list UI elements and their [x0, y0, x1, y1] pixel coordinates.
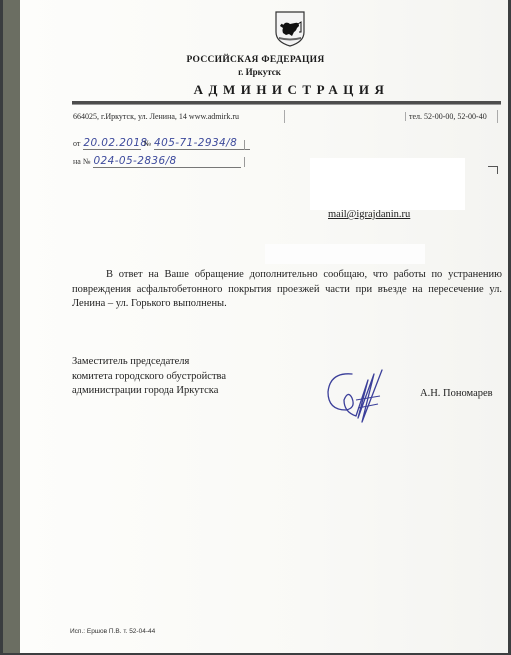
- position-line: администрации города Иркутска: [72, 384, 226, 399]
- organization-phone: тел. 52-00-00, 52-00-40: [405, 112, 487, 121]
- address-divider: [284, 110, 285, 123]
- recipient-email: mail@igrajdanin.ru: [328, 209, 410, 220]
- organization-address: 664025, г.Иркутск, ул. Ленина, 14 www.ad…: [73, 112, 239, 121]
- letter-number: 405-71-2934/8: [154, 137, 250, 150]
- from-label: от: [73, 139, 80, 148]
- position-line: Заместитель председателя: [72, 355, 226, 370]
- incoming-reference: на № 024-05-2836/8: [73, 155, 241, 168]
- executor-info: Исп.: Ершов П.В. т. 52-04-44: [70, 628, 155, 635]
- country-name: РОССИЙСКАЯ ФЕДЕРАЦИЯ: [0, 55, 511, 65]
- outgoing-reference: от 20.02.2018 № 405-71-2934/8: [73, 137, 250, 150]
- signer-name: А.Н. Пономарев: [420, 388, 493, 399]
- number-label: №: [143, 139, 151, 148]
- city-name: г. Иркутск: [0, 67, 511, 77]
- redacted-recipient: [310, 158, 465, 210]
- field-end-mark: [244, 140, 245, 150]
- handwritten-signature-icon: [322, 360, 394, 428]
- organization-title: АДМИНИСТРАЦИЯ: [0, 82, 511, 98]
- redacted-area: [265, 244, 425, 264]
- reply-to-number: 024-05-2836/8: [93, 155, 241, 168]
- phone-divider: [497, 110, 498, 123]
- address-corner-mark: [488, 166, 498, 174]
- signatory-position: Заместитель председателя комитета городс…: [72, 355, 226, 399]
- header-rule: [72, 101, 501, 105]
- field-end-mark: [244, 157, 245, 167]
- letter-body: В ответ на Ваше обращение дополнительно …: [72, 268, 502, 312]
- letter-date: 20.02.2018: [83, 137, 141, 150]
- scan-left-edge: [0, 0, 20, 655]
- irkutsk-coat-of-arms-icon: [274, 10, 306, 48]
- position-line: комитета городского обустройства: [72, 370, 226, 385]
- reply-to-label: на №: [73, 157, 90, 166]
